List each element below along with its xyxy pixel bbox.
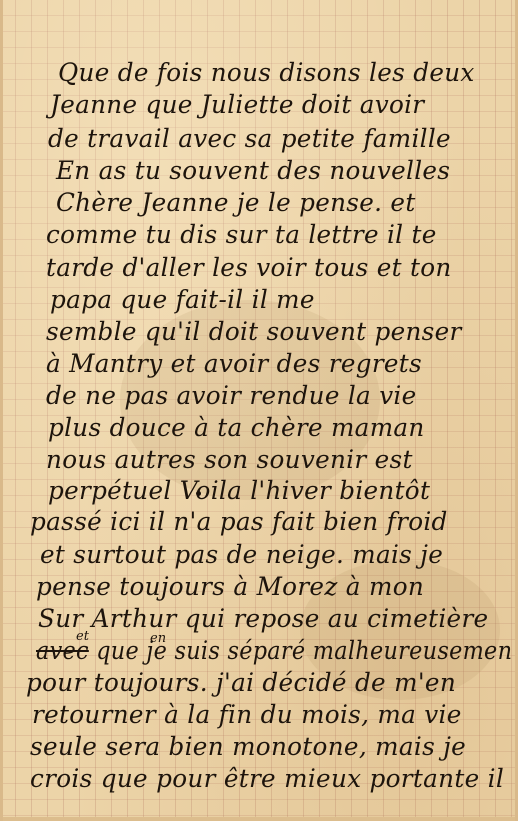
- text-line-2: Jeanne que Juliette doit avoir: [50, 90, 512, 120]
- text-line-23: crois que pour être mieux portante il: [30, 764, 512, 794]
- text-line-20: pour toujours. j'ai décidé de m'en: [26, 668, 512, 698]
- text-line-17: pense toujours à Morez à mon: [36, 572, 512, 602]
- text-line-6: comme tu dis sur ta lettre il te: [46, 220, 512, 250]
- text-line-19: avec que je suis séparé malheureusemen: [36, 636, 467, 666]
- text-line-22: seule sera bien monotone, mais je: [30, 732, 512, 762]
- text-line-3: de travail avec sa petite famille: [48, 124, 512, 154]
- text-line-10: à Mantry et avoir des regrets: [46, 349, 512, 379]
- text-line-13: nous autres son souvenir est: [46, 445, 512, 475]
- insertion-et: et: [76, 630, 89, 643]
- text-line-14: perpétuel Voila l'hiver bientôt: [48, 476, 512, 506]
- text-line-12: plus douce à ta chère maman: [48, 413, 512, 443]
- text-line-8: papa que fait-il il me: [50, 285, 512, 315]
- text-line-4: En as tu souvent des nouvelles: [56, 156, 512, 186]
- text-line-7: tarde d'aller les voir tous et ton: [46, 253, 512, 283]
- text-line-15: passé ici il n'a pas fait bien froid: [30, 507, 512, 537]
- text-line-9: semble qu'il doit souvent penser: [46, 317, 512, 347]
- text-line-16: et surtout pas de neige. mais je: [40, 540, 512, 570]
- ink-blot: [196, 491, 201, 496]
- insertion-en: en: [150, 632, 166, 645]
- letter-page: Que de fois nous disons les deux Jeanne …: [0, 0, 518, 821]
- text-line-18: Sur Arthur qui repose au cimetière: [38, 604, 512, 634]
- text-line-1: Que de fois nous disons les deux: [58, 58, 512, 88]
- text-line-21: retourner à la fin du mois, ma vie: [32, 700, 512, 730]
- text-line-5: Chère Jeanne je le pense. et: [56, 188, 512, 218]
- text-line-11: de ne pas avoir rendue la vie: [46, 381, 512, 411]
